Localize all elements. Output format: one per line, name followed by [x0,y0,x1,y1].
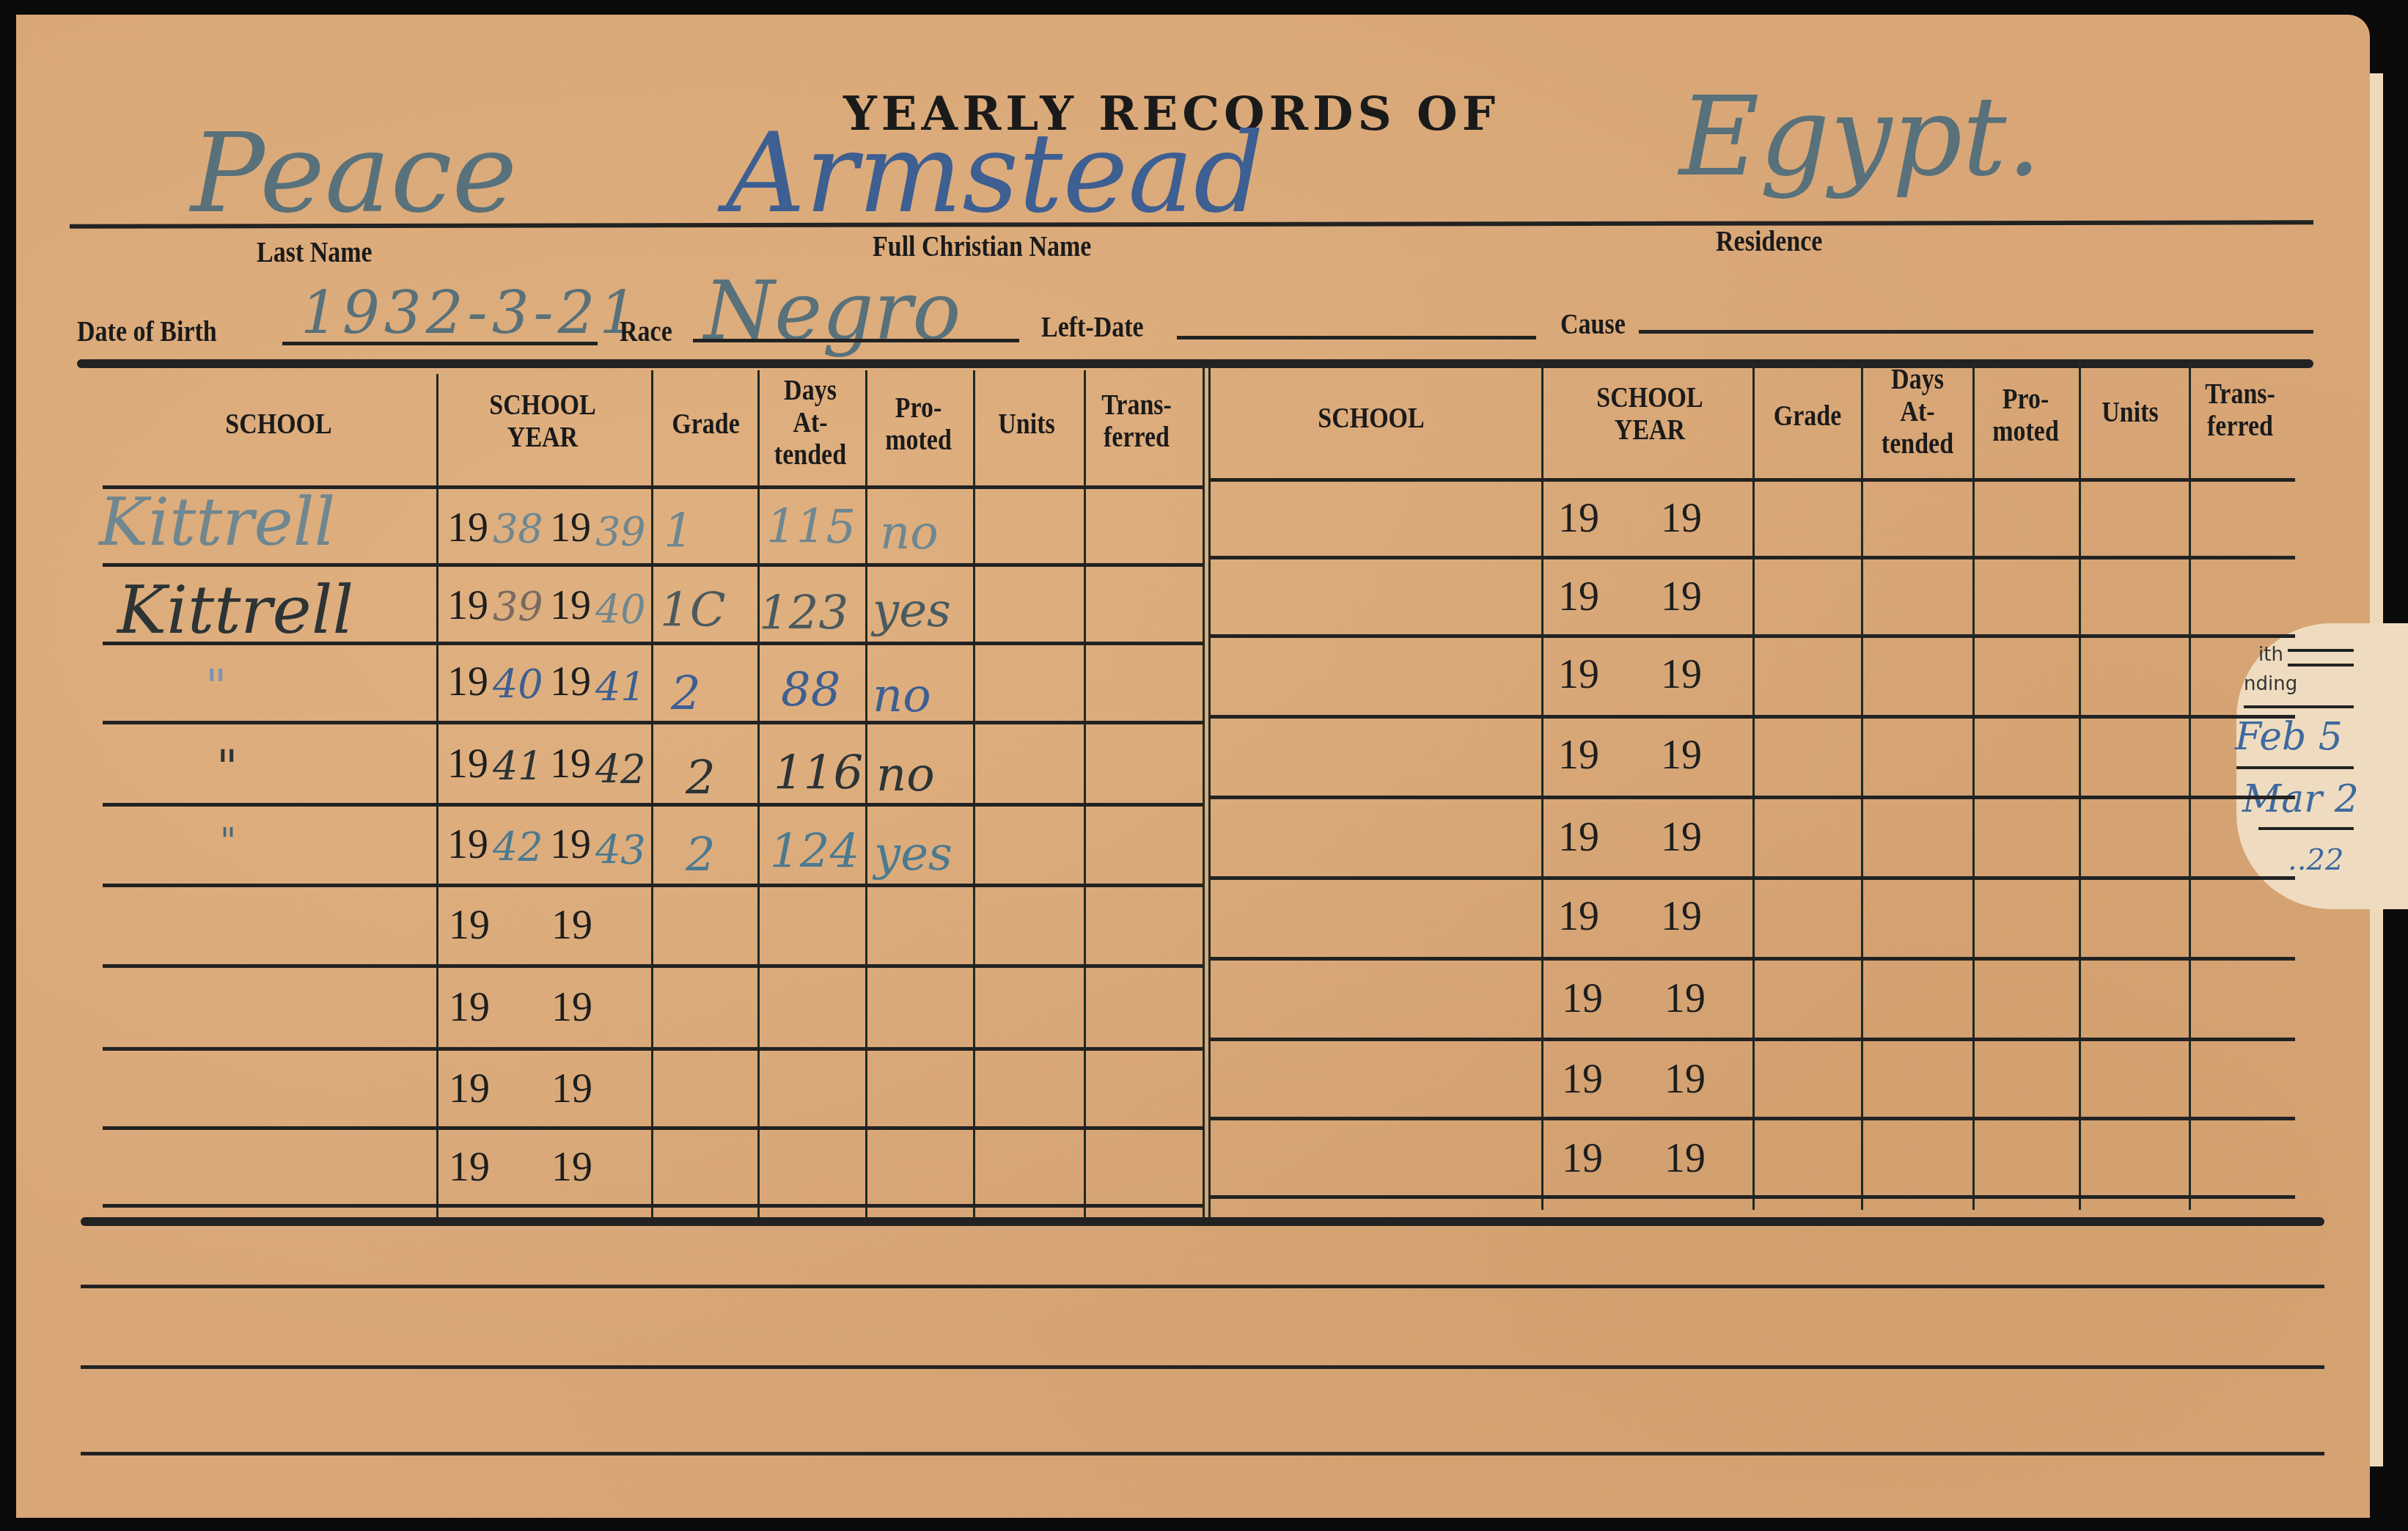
grade-cell: 2 [686,752,716,806]
notes-line[interactable] [81,1285,2324,1288]
promoted-cell: yes [874,827,952,881]
year-fill: 42 [493,824,543,870]
column-divider [1084,370,1086,1221]
row-rule [103,1047,1203,1051]
table-top-rule [77,359,2313,368]
underlying-label: ith [2258,644,2283,666]
year-fill: 43 [595,827,646,873]
year-prefix: 19 [550,658,591,705]
row-rule [103,1204,1203,1208]
header-days-line3: tended [1868,427,1967,460]
year-prefix: 19 [447,504,488,551]
full-christian-name-value: Armstead [726,110,1264,238]
header-transferred-line1: Trans- [2190,378,2290,410]
table-bottom-rule [81,1217,2324,1226]
year-prefix: 19 [1558,732,1599,779]
row-rule [1210,1038,2295,1041]
header-days-line3: tended [760,438,860,471]
year-prefix: 19 [1661,814,1702,861]
header-transferred-line1: Trans- [1090,389,1183,421]
grade-cell: 1 [664,504,694,559]
underlying-rule [2244,705,2354,708]
header-days-line2: At- [760,406,860,438]
year-fill: 41 [595,664,646,711]
days-attended-cell: 124 [770,825,859,879]
row-rule [1210,1117,2295,1120]
days-attended-cell: 115 [766,500,856,554]
year-prefix: 19 [1562,975,1603,1022]
promoted-cell: no [873,669,931,723]
school-ditto-cell: " [220,821,236,862]
year-fill: 41 [493,744,543,790]
date-of-birth-value: 1932-3-21 [301,279,641,347]
header-grade-right: Grade [1761,400,1854,432]
header-school-year: SCHOOL YEAR [455,389,630,453]
year-prefix: 19 [551,902,592,949]
header-transferred-line2: ferred [1090,421,1183,453]
header-days-attended: Days At- tended [760,374,860,471]
header-promoted-line2: moted [873,424,963,456]
column-divider [1203,367,1205,1219]
header-days-line2: At- [1868,395,1967,427]
year-fill: 39 [595,509,646,555]
row-rule [103,721,1203,724]
school-cell: Kittrell [117,572,353,649]
row-rule [1210,1195,2295,1199]
row-rule [103,803,1203,807]
year-prefix: 19 [449,1065,490,1112]
school-ditto-cell: " [205,660,227,714]
school-ditto-cell: " [216,741,238,795]
header-promoted-line1: Pro- [873,392,963,424]
year-prefix: 19 [1558,651,1599,698]
last-name-value: Peace [191,110,517,238]
full-christian-name-label: Full Christian Name [873,229,1091,263]
underlying-rule [2288,664,2354,667]
year-prefix: 19 [447,741,488,787]
header-school-right: SCHOOL [1259,402,1483,434]
header-school-year-line1: SCHOOL [1560,381,1741,414]
underlying-rule [2236,766,2354,769]
row-rule [103,563,1203,567]
year-prefix: 19 [1661,893,1702,940]
year-prefix: 19 [449,902,490,949]
year-prefix: 19 [449,984,490,1031]
underlying-rule [2288,649,2354,652]
row-rule [103,1126,1203,1130]
column-divider [1861,359,1863,1210]
header-promoted-right: Pro- moted [1981,383,2071,447]
year-fill: 42 [595,746,646,793]
column-divider [1541,363,1543,1210]
row-rule [103,964,1203,968]
column-divider [1752,359,1755,1210]
year-prefix: 19 [1661,573,1702,620]
underlying-entry: Mar 2 [2242,777,2359,821]
column-divider [1972,359,1975,1210]
row-rule [103,884,1203,887]
year-prefix: 19 [550,582,591,629]
year-prefix: 19 [551,1144,592,1191]
header-transferred-line2: ferred [2190,410,2290,442]
residence-label: Residence [1716,224,1822,258]
date-of-birth-label: Date of Birth [77,314,217,348]
underlying-entry: ..22 [2288,843,2343,877]
year-prefix: 19 [449,1144,490,1191]
column-divider [973,370,975,1221]
header-units-right: Units [2083,396,2177,428]
year-prefix: 19 [1558,495,1599,542]
row-rule [1210,478,2295,482]
year-prefix: 19 [447,582,488,629]
header-transferred: Trans- ferred [1090,389,1183,453]
underlying-label: nding [2244,673,2297,695]
header-days-line1: Days [760,374,860,406]
year-prefix: 19 [1661,495,1702,542]
year-prefix: 19 [1562,1056,1603,1103]
race-value: Negro [704,264,961,358]
year-fill: 40 [493,661,543,708]
notes-line[interactable] [81,1452,2324,1455]
cause-field[interactable] [1639,330,2313,334]
header-school: SCHOOL [166,408,391,440]
column-divider [436,374,438,1221]
cause-label: Cause [1560,306,1626,341]
year-prefix: 19 [1562,1135,1603,1182]
promoted-cell: no [876,748,935,802]
year-prefix: 19 [1664,1135,1706,1182]
left-date-field[interactable] [1177,336,1536,339]
days-attended-cell: 116 [774,746,863,801]
column-divider [757,370,760,1221]
year-prefix: 19 [447,658,488,705]
header-school-year-line2: YEAR [455,421,630,453]
race-label: Race [620,314,672,348]
header-days-attended-right: Days At- tended [1868,363,1967,460]
header-days-line1: Days [1868,363,1967,395]
year-prefix: 19 [550,741,591,787]
year-fill: 40 [595,587,646,633]
notes-line[interactable] [81,1365,2324,1369]
days-attended-cell: 88 [781,664,840,718]
column-divider [2189,359,2191,1210]
promoted-cell: no [880,506,939,560]
header-units: Units [980,408,1073,440]
underlying-entry: Feb 5 [2235,715,2343,759]
days-attended-cell: 123 [759,587,848,641]
header-transferred-right: Trans- ferred [2190,378,2290,442]
race-field[interactable] [693,339,1019,342]
column-divider [1208,367,1211,1219]
row-rule [1210,796,2295,799]
year-prefix: 19 [1664,1056,1706,1103]
row-rule [1210,634,2295,638]
year-prefix: 19 [1558,573,1599,620]
header-school-year-right: SCHOOL YEAR [1560,381,1741,446]
column-divider [651,370,653,1221]
row-rule [1210,957,2295,961]
residence-value: Egypt. [1679,73,2041,201]
row-rule [1210,715,2295,719]
year-prefix: 19 [550,821,591,868]
left-date-label: Left-Date [1041,309,1144,344]
year-prefix: 19 [550,504,591,551]
header-grade: Grade [661,408,751,440]
year-prefix: 19 [1664,975,1706,1022]
year-fill: 38 [493,506,543,552]
year-prefix: 19 [551,984,592,1031]
year-prefix: 19 [551,1065,592,1112]
row-rule [1210,556,2295,559]
year-prefix: 19 [447,821,488,868]
year-prefix: 19 [1661,732,1702,779]
year-prefix: 19 [1558,893,1599,940]
year-fill: 39 [493,584,543,630]
grade-cell: 2 [671,667,701,722]
column-divider [2079,359,2081,1210]
school-cell: Kittrell [99,484,335,561]
header-promoted-line1: Pro- [1981,383,2071,415]
row-rule [1210,876,2295,880]
year-prefix: 19 [1558,814,1599,861]
grade-cell: 1C [660,584,726,638]
date-of-birth-field[interactable] [282,342,598,345]
header-promoted-line2: moted [1981,415,2071,447]
column-divider [865,370,867,1221]
header-school-year-line2: YEAR [1560,414,1741,446]
promoted-cell: yes [873,584,951,638]
grade-cell: 2 [686,829,716,883]
last-name-label: Last Name [257,235,372,269]
underlying-rule [2258,827,2354,830]
header-school-year-line1: SCHOOL [455,389,630,421]
year-prefix: 19 [1661,651,1702,698]
header-promoted: Pro- moted [873,392,963,456]
